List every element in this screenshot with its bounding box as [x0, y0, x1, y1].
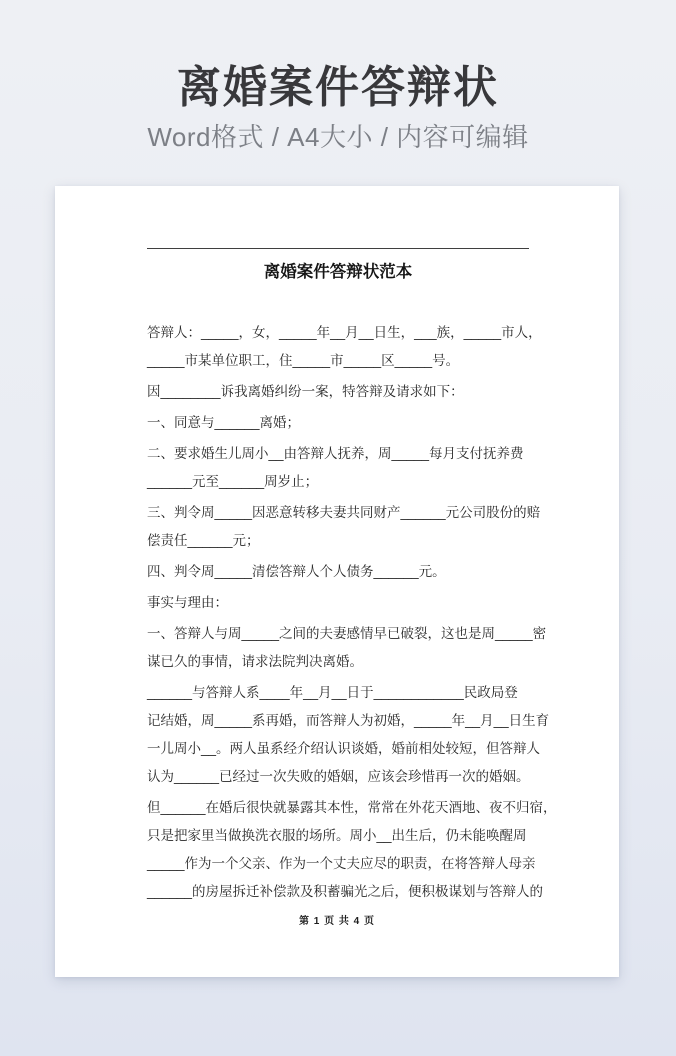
doc-line: 谋已久的事情，请求法院判决离婚。: [147, 648, 529, 676]
doc-line: 答辩人：_____，女，_____年__月__日生，___族，_____市人，: [147, 319, 529, 347]
template-preview-stage: 离婚案件答辩状 Word格式 / A4大小 / 内容可编辑 离婚案件答辩状范本 …: [0, 0, 676, 1056]
doc-line: 一、答辩人与周_____之间的夫妻感情早已破裂，这也是周_____密: [147, 620, 529, 648]
doc-line: 事实与理由：: [147, 589, 529, 617]
doc-body: 答辩人：_____，女，_____年__月__日生，___族，_____市人，_…: [147, 319, 529, 906]
doc-line: 偿责任______元；: [147, 527, 529, 555]
doc-line: 三、判令周_____因恶意转移夫妻共同财产______元公司股份的赔: [147, 499, 529, 527]
doc-line: _____作为一个父亲、作为一个丈夫应尽的职责，在将答辩人母亲: [147, 850, 529, 878]
paragraph: 三、判令周_____因恶意转移夫妻共同财产______元公司股份的赔偿责任___…: [147, 499, 529, 555]
doc-line: _____市某单位职工，住_____市_____区_____号。: [147, 347, 529, 375]
doc-line: 因________诉我离婚纠纷一案，特答辩及请求如下：: [147, 378, 529, 406]
page-title: 离婚案件答辩状: [0, 64, 676, 112]
doc-line: 一、同意与______离婚；: [147, 409, 529, 437]
doc-line: 认为______已经过一次失败的婚姻，应该会珍惜再一次的婚姻。: [147, 763, 529, 791]
paragraph: ______与答辩人系____年__月__日于____________民政局登记…: [147, 679, 529, 791]
doc-line: 一儿周小__。两人虽系经介绍认识谈婚，婚前相处较短，但答辩人: [147, 735, 529, 763]
header-rule: [147, 248, 529, 249]
paragraph: 一、答辩人与周_____之间的夫妻感情早已破裂，这也是周_____密谋已久的事情…: [147, 620, 529, 676]
page-subtitle: Word格式 / A4大小 / 内容可编辑: [0, 123, 676, 151]
paragraph: 答辩人：_____，女，_____年__月__日生，___族，_____市人，_…: [147, 319, 529, 375]
doc-line: 但______在婚后很快就暴露其本性，常常在外花天酒地、夜不归宿，: [147, 794, 529, 822]
document-title: 离婚案件答辩状范本: [147, 261, 529, 283]
paragraph: 二、要求婚生儿周小__由答辩人抚养，周_____每月支付抚养费______元至_…: [147, 440, 529, 496]
paragraph: 一、同意与______离婚；: [147, 409, 529, 437]
doc-line: 四、判令周_____清偿答辩人个人债务______元。: [147, 558, 529, 586]
doc-line: ______元至______周岁止；: [147, 468, 529, 496]
document-content: 离婚案件答辩状范本 答辩人：_____，女，_____年__月__日生，___族…: [147, 186, 529, 909]
document-page: 离婚案件答辩状范本 答辩人：_____，女，_____年__月__日生，___族…: [55, 186, 619, 977]
doc-line: 二、要求婚生儿周小__由答辩人抚养，周_____每月支付抚养费: [147, 440, 529, 468]
paragraph: 四、判令周_____清偿答辩人个人债务______元。: [147, 558, 529, 586]
doc-line: 只是把家里当做换洗衣服的场所。周小__出生后，仍未能唤醒周: [147, 822, 529, 850]
doc-line: 记结婚，周_____系再婚，而答辩人为初婚，_____年__月__日生育: [147, 707, 529, 735]
doc-line: ______与答辩人系____年__月__日于____________民政局登: [147, 679, 529, 707]
paragraph: 因________诉我离婚纠纷一案，特答辩及请求如下：: [147, 378, 529, 406]
page-number-footer: 第 1 页 共 4 页: [55, 912, 619, 927]
doc-line: ______的房屋拆迁补偿款及积蓄骗光之后，便积极谋划与答辩人的: [147, 878, 529, 906]
header: 离婚案件答辩状 Word格式 / A4大小 / 内容可编辑: [0, 0, 676, 151]
paragraph: 但______在婚后很快就暴露其本性，常常在外花天酒地、夜不归宿，只是把家里当做…: [147, 794, 529, 906]
paragraph: 事实与理由：: [147, 589, 529, 617]
